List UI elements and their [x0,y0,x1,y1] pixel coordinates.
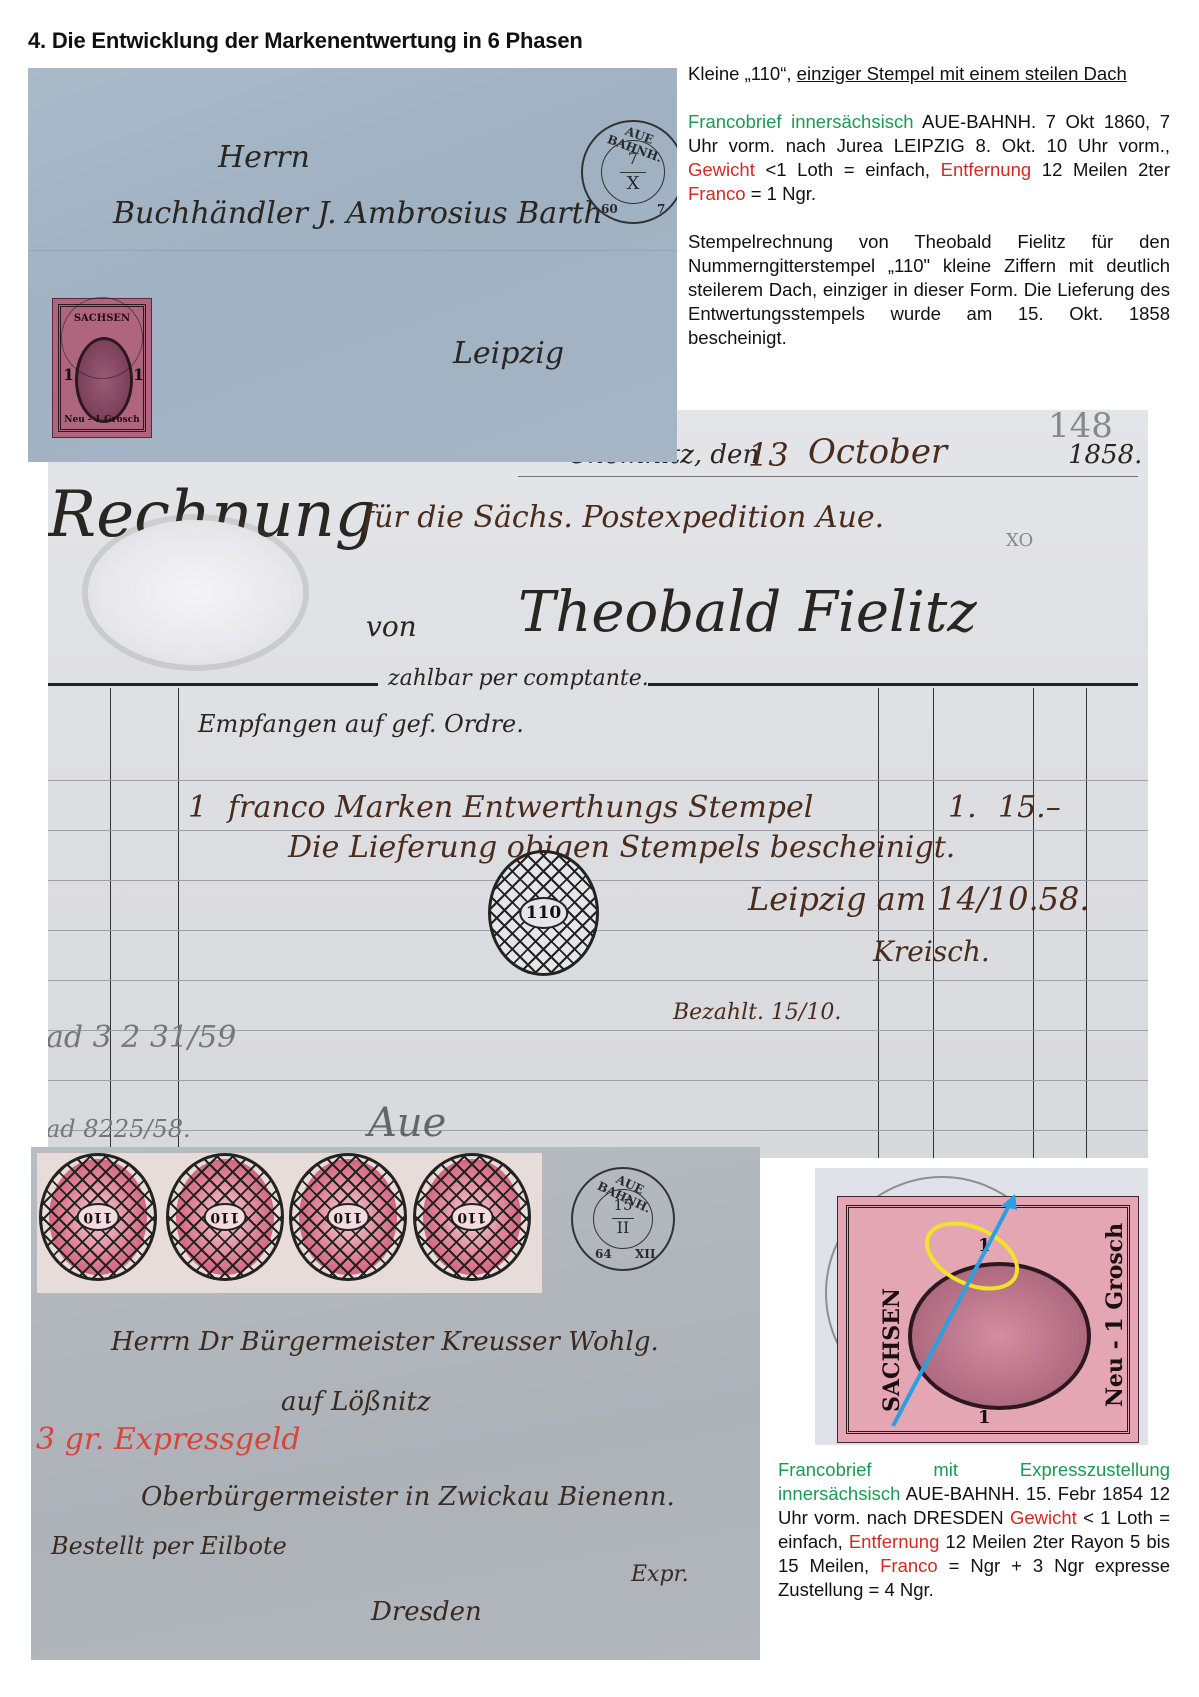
line-item-desc: franco Marken Entwerthungs Stempel [228,790,813,825]
page-title: 4. Die Entwicklung der Markenentwertung … [28,28,583,54]
invoice-year: 1858. [1068,440,1142,470]
weight-label: Gewicht [1010,1507,1077,1528]
description-block-2: Francobrief mit Expresszustellung inners… [778,1458,1170,1626]
postmark-year: 64 [595,1247,612,1261]
postmark-year: 60 [601,202,618,216]
postmark-day: 15 [594,1196,652,1214]
pencil-mark-xo: XO [1006,530,1033,551]
postmark-aue-bahnh: AUE BAHNH. 7 X 60 7 [581,120,677,224]
stamp-red-3: 110 [289,1153,407,1281]
arrow-head-icon [1001,1194,1017,1210]
invoice-month: October [808,432,947,472]
postmark-aue-bahnh-2: AUE BAHNH. 15 II 64 XII [571,1167,675,1271]
weight-label: Gewicht [688,159,755,180]
invoice-von: von [366,610,417,643]
cancel-110: 110 [289,1153,407,1281]
stamp-detail-zoom: SACHSEN Neu - 1 Grosch 1 1 [815,1168,1148,1445]
address-line-5: Dresden [371,1597,482,1627]
line-item-thaler: 1. [948,790,977,825]
cancel-110: 110 [413,1153,531,1281]
franco-text: = 1 Ngr. [746,183,816,204]
highlight-ellipse-icon [917,1210,1028,1301]
cover-letter-express: 110 110 110 110 AUE BAHNH. 15 II 64 XII … [31,1147,760,1660]
cancel-number: 110 [203,1203,246,1231]
margin-aue: Aue [368,1100,446,1146]
address-line-3: Oberbürgermeister in Zwickau Bienenn. [141,1482,675,1512]
stamp-red-4: 110 [413,1153,531,1281]
heading-plain: Kleine „110“, [688,63,797,84]
postmark-hour: XII [635,1247,656,1261]
address-line-1: Herrn Dr Bürgermeister Kreusser Wohlg. [111,1327,659,1357]
express-red-note: 3 gr. Expressgeld [36,1422,301,1457]
signature: Kreisch. [873,935,990,968]
postmark-day: 7 [602,149,664,168]
stamp-red-1: 110 [39,1153,157,1281]
invoice-terms: zahlbar per comptante. [388,666,649,691]
confirmation-place-date: Leipzig am 14/10.58. [748,880,1090,918]
distance-label: Entfernung [849,1531,940,1552]
distance-label: Entfernung [941,159,1032,180]
line-item-qty: 1 [188,790,207,825]
invoice-rechnung-1858: 148 Chemnitz, den 13 October 1858. Rechn… [48,410,1148,1158]
cancel-number: 110 [326,1203,369,1231]
letter-type-label: Francobrief innersächsisch [688,111,913,132]
cancel-110: 110 [166,1153,284,1281]
franco-label: Franco [880,1555,938,1576]
stamp-value-right: 1 [133,365,144,384]
invoice-for: für die Sächs. Postexpedition Aue. [363,500,884,535]
paper-fold [28,250,677,251]
paid-note: Bezahlt. 15/10. [673,1000,841,1025]
cancel-110: 110 [39,1153,157,1281]
annotation-overlay [815,1168,1148,1445]
delivery-confirmation: Die Lieferung obigen Stempels bescheinig… [288,830,955,865]
postmark-month: II [594,1218,652,1237]
cancel-number: 110 [450,1203,493,1231]
stamp-denomination: Neu - 1 Grosch [53,415,151,425]
margin-note-2: ad 8225/58. [48,1115,191,1143]
cover-letter-1860: Herrn Buchhändler J. Ambrosius Barth Lei… [28,68,677,462]
address-salutation: Herrn [218,140,310,175]
cancel-110-sample: 110 [488,850,599,976]
line-item-ngr: 15.– [998,790,1061,825]
stamp-value-left: 1 [63,365,74,384]
address-recipient: Buchhändler J. Ambrosius Barth [113,196,603,231]
distance-text: 12 Meilen 2ter [1031,159,1170,180]
stamp-red-2: 110 [166,1153,284,1281]
invoice-day: 13 [748,436,789,474]
invoice-received: Empfangen auf gef. Ordre. [198,710,524,738]
embossed-seal [88,520,303,665]
arrow-line-icon [893,1198,1013,1426]
address-line-2: auf Lößnitz [281,1387,431,1417]
cancel-number: 110 [519,897,569,929]
invoice-description: Stempelrechnung von Theobald Fielitz für… [688,230,1170,350]
postmark-hour: 7 [657,202,665,216]
description-block-1: Kleine „110“, einziger Stempel mit einem… [688,62,1170,374]
stamp-sachsen-1ngr-black: SACHSEN 1 1 Neu - 1 Grosch [52,298,152,438]
corner-note: Expr. [631,1562,689,1587]
cancel-number: 110 [76,1203,119,1231]
address-city: Leipzig [453,336,564,371]
address-line-4: Bestellt per Eilbote [51,1532,287,1560]
invoice-firm: Theobald Fielitz [518,580,977,645]
weight-text: <1 Loth = einfach, [755,159,941,180]
franco-label: Franco [688,183,746,204]
postmark-month: X [602,173,664,194]
margin-note-1: ad 3 2 31/59 [48,1020,236,1055]
heading-underlined: einziger Stempel mit einem steilen Dach [797,63,1127,84]
